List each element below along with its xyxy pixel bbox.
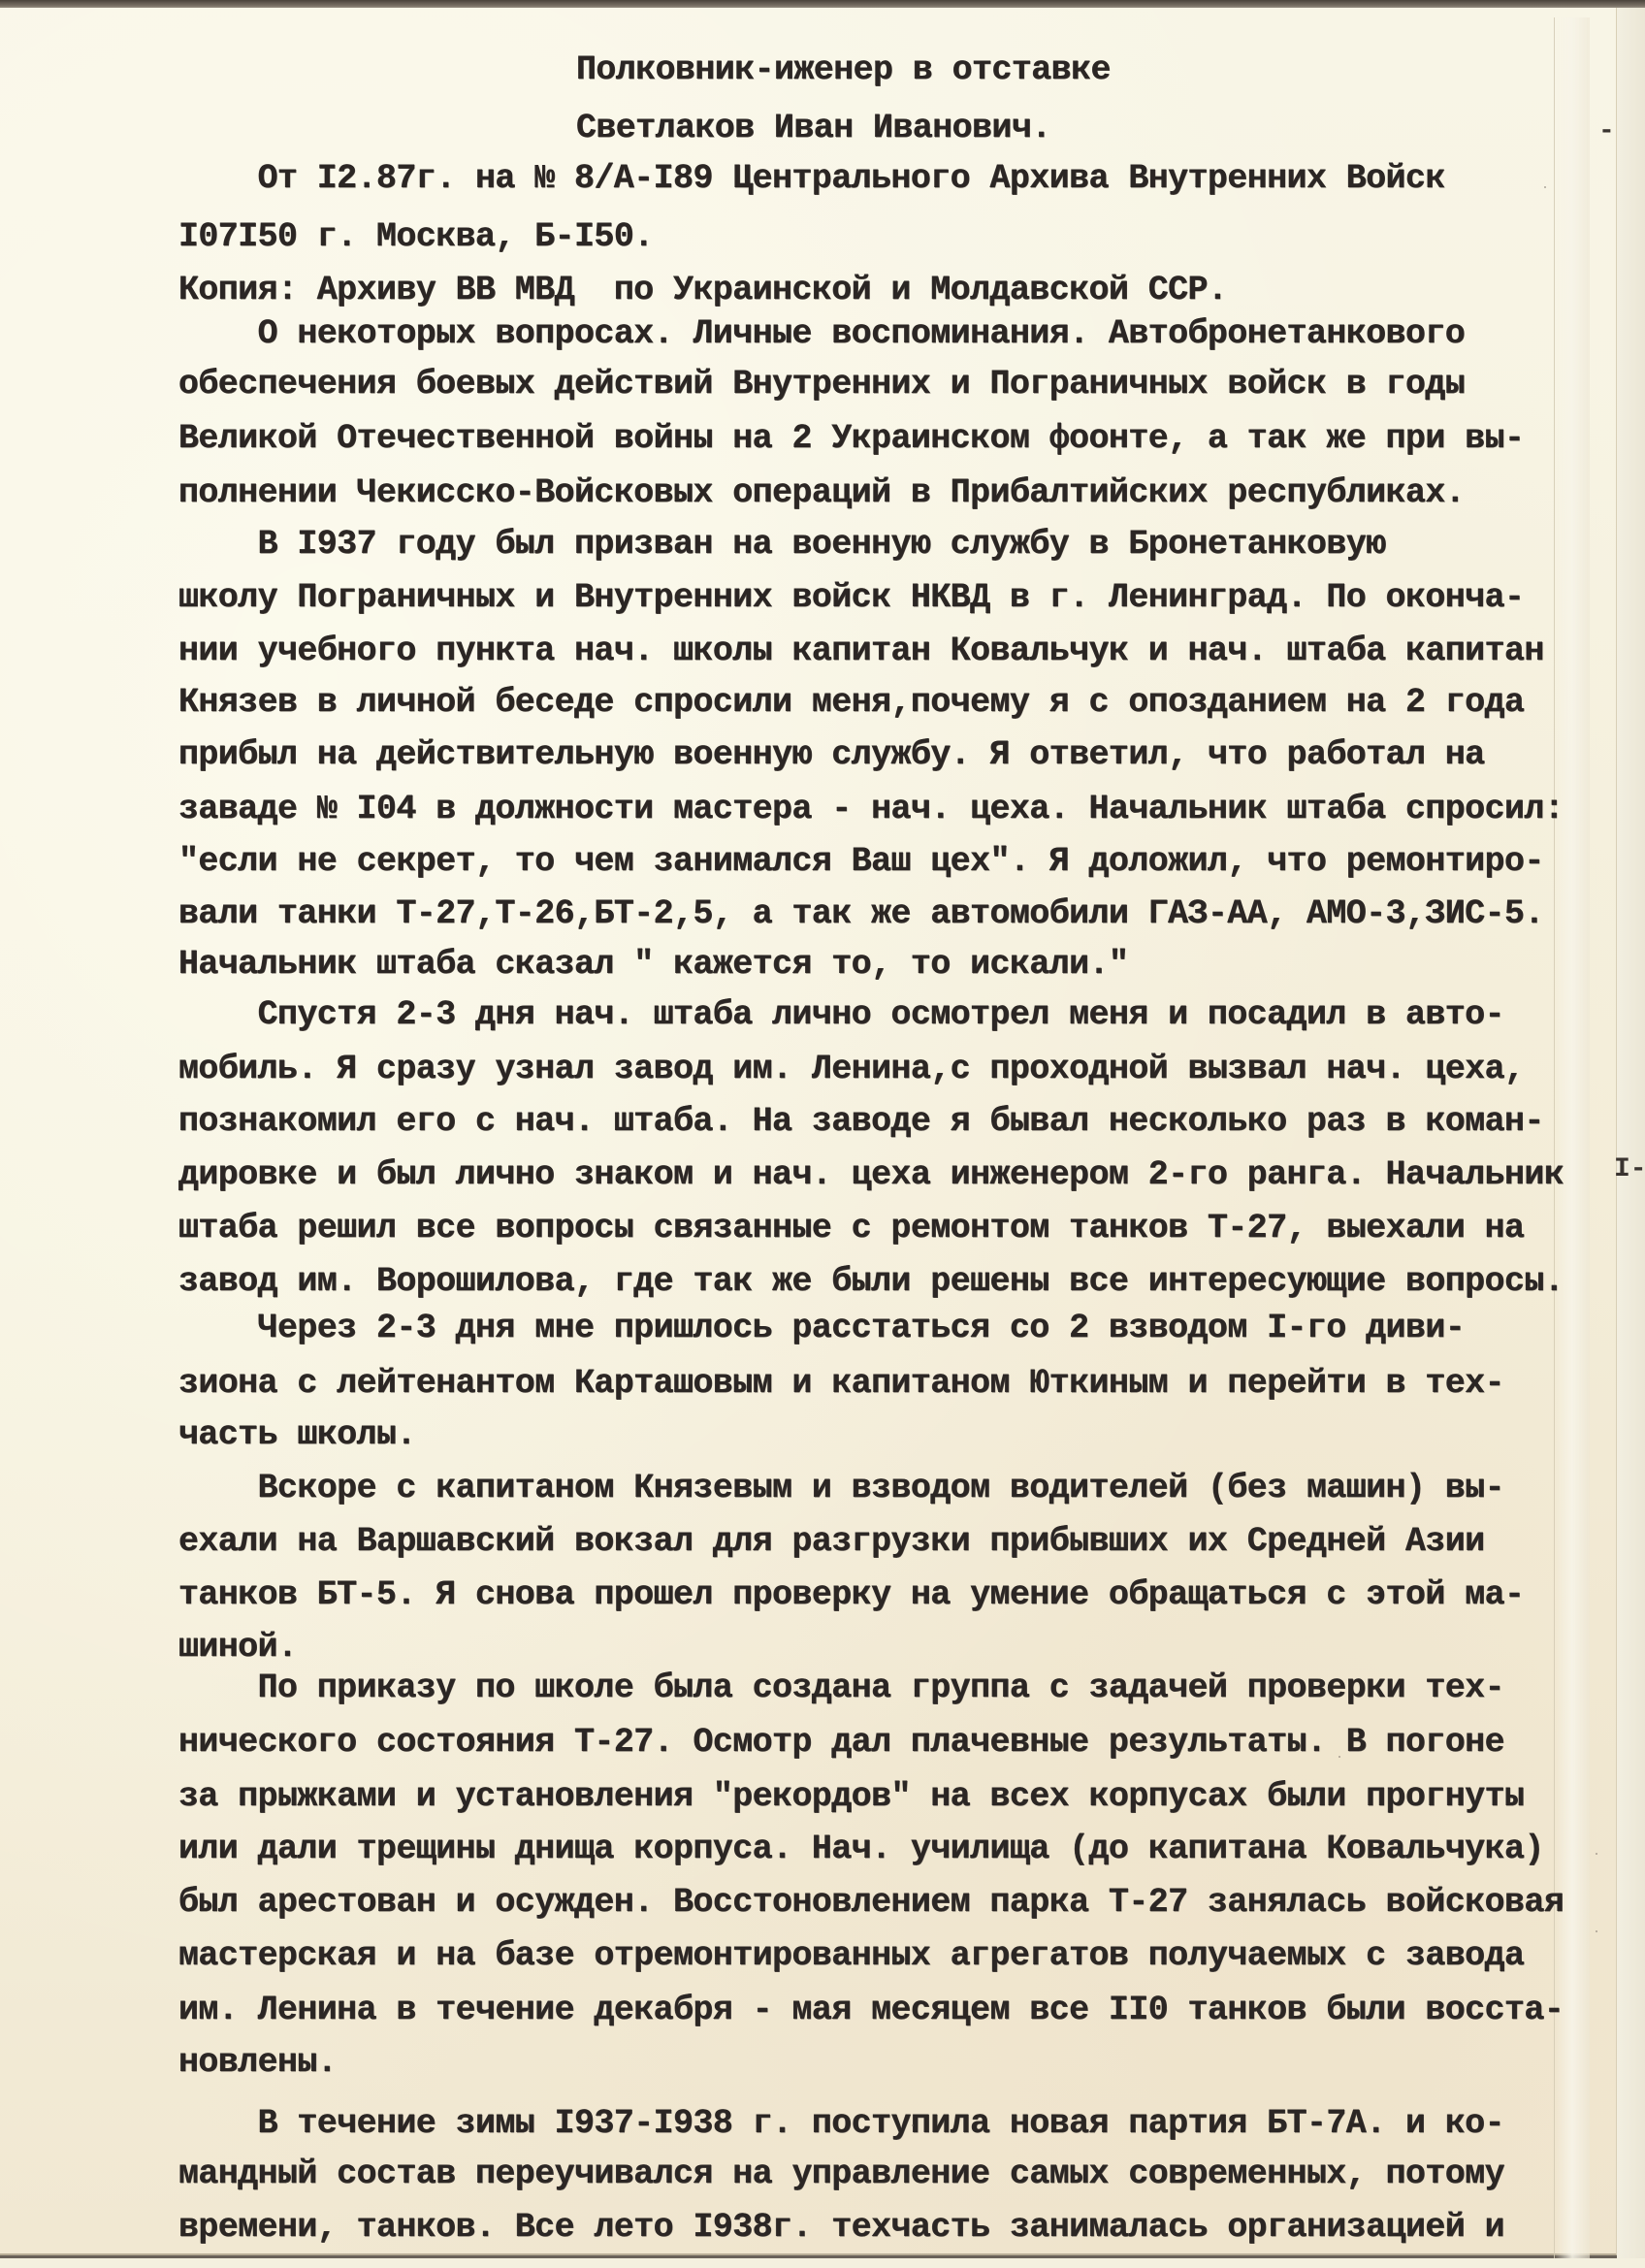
typed-line: прибыл на действительную военную службу.… <box>178 735 1485 774</box>
typed-line: за прыжками и установления "рекордов" на… <box>178 1777 1524 1816</box>
typed-line: мандный состав переучивался на управлени… <box>178 2155 1504 2193</box>
margin-mark-top: - <box>1598 116 1615 146</box>
typed-line: мастерская и на базе отремонтированных а… <box>178 1936 1524 1975</box>
typed-line: новлены. <box>178 2043 337 2082</box>
typed-line: дировке и был лично знаком и нач. цеха и… <box>178 1155 1564 1194</box>
typed-line: ехали на Варшавский вокзал для разгрузки… <box>178 1522 1485 1561</box>
author-name: Светлаков Иван Иванович. <box>576 109 1051 147</box>
typed-line: нии учебного пункта нач. школы капитан К… <box>178 632 1544 670</box>
typed-line: Начальник штаба сказал " кажется то, то … <box>178 945 1128 984</box>
typed-line: полнении Чекисско-Войсковых операций в П… <box>178 473 1465 512</box>
typed-line: времени, танков. Все лето I938г. техчаст… <box>178 2208 1504 2247</box>
page-fold-shadow <box>1554 17 1590 2258</box>
typed-line: I07I50 г. Москва, Б-I50. <box>178 217 654 256</box>
typed-line: им. Ленина в течение декабря - мая месяц… <box>178 1991 1564 2029</box>
margin-mark-middle: I- <box>1614 1154 1645 1184</box>
typed-line: "если не секрет, то чем занимался Ваш це… <box>178 842 1544 881</box>
typed-line: танков БТ-5. Я снова прошел проверку на … <box>178 1575 1524 1614</box>
typed-line: О некоторых вопросах. Личные воспоминани… <box>178 314 1465 353</box>
typed-line: мобиль. Я сразу узнал завод им. Ленина,с… <box>178 1050 1524 1088</box>
paper-speck <box>912 2124 914 2126</box>
typed-line: вали танки Т-27,Т-26,БТ-2,5, а так же ав… <box>178 894 1544 933</box>
typed-line: Копия: Архиву ВВ МВД по Украинской и Мол… <box>178 271 1227 309</box>
typed-line: был арестован и осужден. Восстоновлением… <box>178 1883 1564 1922</box>
typed-line: Через 2-3 дня мне пришлось расстаться со… <box>178 1309 1465 1347</box>
paper-speck <box>1544 186 1546 188</box>
typed-line: часть школы. <box>178 1415 416 1454</box>
typed-line: В течение зимы I937-I938 г. поступила но… <box>178 2104 1504 2143</box>
typed-line: или дали трещины днища корпуса. Нач. учи… <box>178 1830 1544 1868</box>
typed-line: Спустя 2-3 дня нач. штаба лично осмотрел… <box>178 995 1504 1034</box>
typed-line: Вскоре с капитаном Князевым и взводом во… <box>178 1469 1504 1507</box>
paper-speck <box>1339 1756 1340 1758</box>
author-rank: Полковник-иженер в отставке <box>576 50 1111 89</box>
typed-line: шиной. <box>178 1628 297 1667</box>
typed-line: заваде № I04 в должности мастера - нач. … <box>178 790 1564 828</box>
typed-line: обеспечения боевых действий Внутренних и… <box>178 365 1465 404</box>
typed-line: От I2.87г. на № 8/А-I89 Центрального Арх… <box>178 159 1445 198</box>
typed-line: школу Пограничных и Внутренних войск НКВ… <box>178 578 1524 617</box>
typed-line: Великой Отечественной войны на 2 Украинс… <box>178 419 1524 458</box>
typed-line: зиона с лейтенантом Карташовым и капитан… <box>178 1364 1504 1403</box>
typed-line: познакомил его с нач. штаба. На заводе я… <box>178 1102 1544 1141</box>
typed-line: завод им. Ворошилова, где так же были ре… <box>178 1262 1564 1301</box>
typed-line: Князев в личной беседе спросили меня,поч… <box>178 683 1524 722</box>
typed-line: По приказу по школе была создана группа … <box>178 1669 1504 1707</box>
paper-speck <box>1596 1853 1597 1855</box>
typed-line: нического состояния Т-27. Осмотр дал пла… <box>178 1723 1504 1762</box>
typed-line: штаба решил все вопросы связанные с ремо… <box>178 1209 1524 1247</box>
paper-speck <box>1596 1930 1597 1932</box>
typed-line: В I937 году был призван на военную служб… <box>178 525 1386 564</box>
